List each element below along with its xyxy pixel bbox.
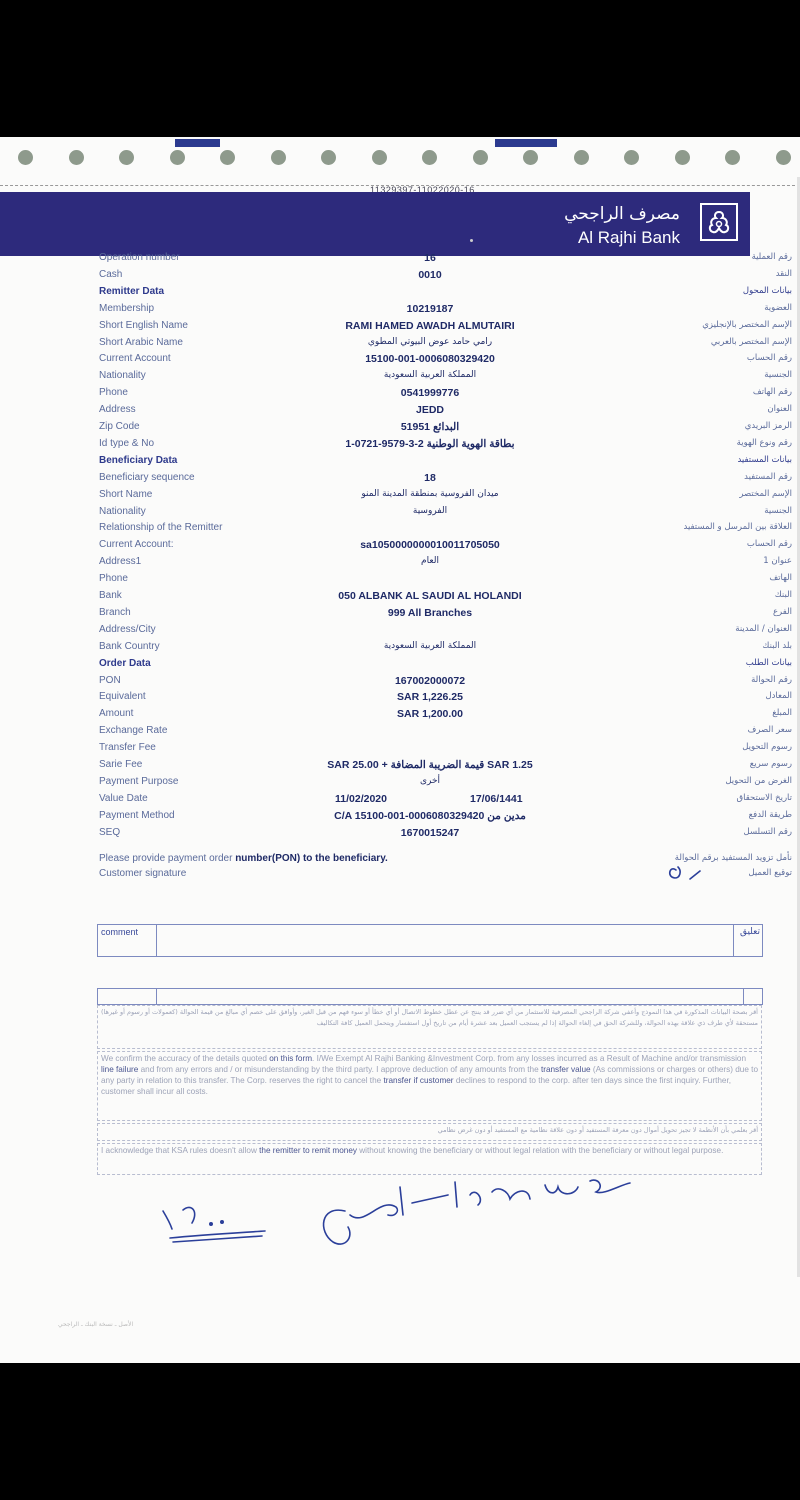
field-label-arabic: العنوان / المدينة <box>735 624 792 634</box>
field-value: 050 ALBANK AL SAUDI AL HOLANDI <box>250 590 610 602</box>
field-label-arabic: عنوان 1 <box>763 556 792 566</box>
form-row: Payment Purposeأخرىالغرض من التحويل <box>0 776 800 793</box>
field-label: Payment Method <box>99 810 175 821</box>
form-row: PON167002000072رقم الحوالة <box>0 675 800 692</box>
field-label-arabic: بيانات الطلب <box>746 658 792 668</box>
field-label: Sarie Fee <box>99 759 142 770</box>
form-row: Beneficiary Dataبيانات المستفيد <box>0 455 800 472</box>
form-row: Address/Cityالعنوان / المدينة <box>0 624 800 641</box>
disclaimer-english-1: We confirm the accuracy of the details q… <box>97 1051 762 1121</box>
field-label: Id type & No <box>99 438 154 449</box>
form-row: Address1العامعنوان 1 <box>0 556 800 573</box>
tractor-feed-holes <box>0 150 800 168</box>
form-row: Cash0010النقد <box>0 269 800 286</box>
form-header-strip <box>495 139 557 147</box>
form-row: Id type & Noبطاقة الهوية الوطنية 2-3-957… <box>0 438 800 455</box>
form-row: Phone0541999776رقم الهاتف <box>0 387 800 404</box>
field-value: 1670015247 <box>250 827 610 839</box>
section-heading: Order Data <box>99 658 151 669</box>
tractor-hole <box>725 150 740 165</box>
field-label: Operation number <box>99 252 180 263</box>
form-header-strip <box>175 139 220 147</box>
field-label: Current Account: <box>99 539 173 550</box>
form-row: Current Account:sa1050000000010011705050… <box>0 539 800 556</box>
tractor-hole <box>69 150 84 165</box>
field-label-arabic: الفرع <box>773 607 792 617</box>
field-value: 999 All Branches <box>250 607 610 619</box>
value-date-gregorian: 11/02/2020 <box>335 793 387 805</box>
field-label-arabic: المعادل <box>765 691 792 701</box>
form-row: Transfer Feeرسوم التحويل <box>0 742 800 759</box>
field-value: 0010 <box>250 269 610 281</box>
form-row: Bank Countryالمملكة العربية السعوديةبلد … <box>0 641 800 658</box>
field-label: Payment Purpose <box>99 776 179 787</box>
form-row: Short Arabic Nameرامي حامد عوض البيوتي ا… <box>0 337 800 354</box>
form-row: Relationship of the Remitterالعلاقة بين … <box>0 522 800 539</box>
field-label: Amount <box>99 708 133 719</box>
field-label: Short Arabic Name <box>99 337 183 348</box>
field-value: SAR 1,226.25 <box>250 691 610 703</box>
form-row: Order Dataبيانات الطلب <box>0 658 800 675</box>
field-label-arabic: الجنسية <box>764 506 792 516</box>
field-label-arabic: رسوم التحويل <box>742 742 792 752</box>
field-label: Short English Name <box>99 320 188 331</box>
tractor-hole <box>776 150 791 165</box>
field-value: sa1050000000010011705050 <box>250 539 610 551</box>
field-label-arabic: الإسم المختصر بالإنجليزي <box>702 320 792 330</box>
field-label: Address1 <box>99 556 141 567</box>
field-label-arabic: العلاقة بين المرسل و المستفيد <box>683 522 792 532</box>
form-row: Exchange Rateسعر الصرف <box>0 725 800 742</box>
al-rajhi-logo-icon <box>700 203 738 241</box>
tractor-hole <box>119 150 134 165</box>
pon-notice: Please provide payment order number(PON)… <box>99 853 388 864</box>
field-value: RAMI HAMED AWADH ALMUTAIRI <box>250 320 610 332</box>
form-row: SEQ1670015247رقم التسلسل <box>0 827 800 844</box>
field-value: المملكة العربية السعودية <box>250 370 610 380</box>
field-label-arabic: رقم المستفيد <box>744 472 792 482</box>
field-label-arabic: رقم الحساب <box>747 539 792 549</box>
field-value: رامي حامد عوض البيوتي المطوي <box>250 337 610 347</box>
form-row: Zip Code51951 البدائعالرمز البريدي <box>0 421 800 438</box>
field-value: C/A 15100-001-0006080329420 مدين من <box>250 810 610 822</box>
tractor-hole <box>271 150 286 165</box>
tractor-hole <box>675 150 690 165</box>
field-label: SEQ <box>99 827 120 838</box>
disclaimer-arabic-1: أقر بصحة البيانات المذكورة في هذا النموذ… <box>97 1005 762 1049</box>
field-label: Phone <box>99 387 128 398</box>
field-label-arabic: بيانات المحول <box>743 286 792 296</box>
form-row: Beneficiary sequence18رقم المستفيد <box>0 472 800 489</box>
banner-mark <box>470 239 473 242</box>
field-label: Exchange Rate <box>99 725 167 736</box>
field-value: 51951 البدائع <box>250 421 610 433</box>
field-label-arabic: الجنسية <box>764 370 792 380</box>
tractor-hole <box>372 150 387 165</box>
field-label-arabic: رقم الهاتف <box>753 387 792 397</box>
field-value: 15100-001-0006080329420 <box>250 353 610 365</box>
field-value: SAR 25.00 + قيمة الضريبة المضافة SAR 1.2… <box>250 759 610 771</box>
field-label: Nationality <box>99 370 146 381</box>
field-value: 0541999776 <box>250 387 610 399</box>
field-value: SAR 1,200.00 <box>250 708 610 720</box>
field-value: 10219187 <box>250 303 610 315</box>
field-value: 18 <box>250 472 610 484</box>
form-row: AmountSAR 1,200.00المبلغ <box>0 708 800 725</box>
form-row: AddressJEDDالعنوان <box>0 404 800 421</box>
form-row: Operation number16رقم العملية <box>0 252 800 269</box>
disclaimer-english-2: I acknowledge that KSA rules doesn't all… <box>97 1143 762 1175</box>
field-label-arabic: رقم الحوالة <box>751 675 792 685</box>
field-label-arabic: الرمز البريدي <box>745 421 792 431</box>
field-label: Address/City <box>99 624 156 635</box>
disclaimer-arabic-2: أقر بعلمي بأن الأنظمة لا تجيز تحويل أموا… <box>97 1123 762 1141</box>
field-label: Bank Country <box>99 641 160 652</box>
field-label: Relationship of the Remitter <box>99 522 222 533</box>
field-label: Beneficiary sequence <box>99 472 195 483</box>
field-label: Zip Code <box>99 421 140 432</box>
tractor-hole <box>321 150 336 165</box>
field-label-arabic: بلد البنك <box>762 641 792 651</box>
customer-signature-label: Customer signature <box>99 868 186 879</box>
field-label: PON <box>99 675 121 686</box>
field-label: Transfer Fee <box>99 742 156 753</box>
bank-name-arabic: مصرف الراجحي <box>564 204 680 224</box>
field-label-arabic: بيانات المستفيد <box>737 455 792 465</box>
field-label-arabic: البنك <box>775 590 792 600</box>
field-label: Membership <box>99 303 154 314</box>
footer-note: الأصل ـ نسخة البنك ـ الراجحي <box>58 1321 133 1328</box>
tractor-hole <box>523 150 538 165</box>
field-label-arabic: العنوان <box>767 404 792 414</box>
tractor-hole <box>624 150 639 165</box>
form-row: Phoneالهاتف <box>0 573 800 590</box>
value-date-hijri: 17/06/1441 <box>470 793 523 805</box>
field-label-arabic: رسوم سريع <box>750 759 792 769</box>
form-row: Branch999 All Branchesالفرع <box>0 607 800 624</box>
remittance-form-paper: 11329397-11022020-16 مصرف الراجحي Al Raj… <box>0 137 800 1363</box>
field-label: Value Date <box>99 793 148 804</box>
form-row: Value Date11/02/202017/06/1441تاريخ الاس… <box>0 793 800 810</box>
field-label-arabic: رقم العملية <box>752 252 792 262</box>
section-heading: Beneficiary Data <box>99 455 177 466</box>
field-label-arabic: سعر الصرف <box>748 725 792 735</box>
tractor-hole <box>473 150 488 165</box>
field-label-arabic: تاريخ الاستحقاق <box>737 793 792 803</box>
tractor-hole <box>574 150 589 165</box>
field-value: أخرى <box>250 776 610 786</box>
field-value: ميدان الفروسية بمنطقة المدينة المنو <box>250 489 610 499</box>
field-value: JEDD <box>250 404 610 416</box>
form-row: Sarie FeeSAR 25.00 + قيمة الضريبة المضاف… <box>0 759 800 776</box>
field-label-arabic: طريقة الدفع <box>749 810 792 820</box>
form-row: Current Account15100-001-0006080329420رق… <box>0 353 800 370</box>
field-label-arabic: الإسم المختصر <box>739 489 792 499</box>
empty-box <box>97 988 763 1005</box>
field-label-arabic: رقم الحساب <box>747 353 792 363</box>
field-label: Current Account <box>99 353 171 364</box>
field-value: المملكة العربية السعودية <box>250 641 610 651</box>
field-label: Cash <box>99 269 122 280</box>
form-row: Bank050 ALBANK AL SAUDI AL HOLANDIالبنك <box>0 590 800 607</box>
field-value: 167002000072 <box>250 675 610 687</box>
form-row: Remitter Dataبيانات المحول <box>0 286 800 303</box>
form-row: Nationalityالفروسيةالجنسية <box>0 506 800 523</box>
form-row: EquivalentSAR 1,226.25المعادل <box>0 691 800 708</box>
form-row: Short Nameميدان الفروسية بمنطقة المدينة … <box>0 489 800 506</box>
field-value: بطاقة الهوية الوطنية 2-3-9579-0721-1 <box>250 438 610 450</box>
tractor-hole <box>170 150 185 165</box>
tractor-hole <box>220 150 235 165</box>
field-label-arabic: الهاتف <box>769 573 792 583</box>
field-label-arabic: النقد <box>776 269 792 279</box>
field-value: العام <box>250 556 610 566</box>
field-label-arabic: رقم ونوع الهوية <box>737 438 792 448</box>
tractor-hole <box>422 150 437 165</box>
field-label: Bank <box>99 590 122 601</box>
field-label-arabic: رقم التسلسل <box>744 827 792 837</box>
field-value: الفروسية <box>250 506 610 516</box>
field-label-arabic: الإسم المختصر بالعربي <box>711 337 792 347</box>
field-label: Equivalent <box>99 691 146 702</box>
form-row: Membership10219187العضوية <box>0 303 800 320</box>
form-row: Short English NameRAMI HAMED AWADH ALMUT… <box>0 320 800 337</box>
pon-notice-arabic: نأمل تزويد المستفيد برقم الحوالة <box>675 853 792 863</box>
comment-label: comment <box>101 927 138 937</box>
field-label: Nationality <box>99 506 146 517</box>
form-row: Nationalityالمملكة العربية السعوديةالجنس… <box>0 370 800 387</box>
field-label-arabic: الغرض من التحويل <box>725 776 792 786</box>
field-label-arabic: المبلغ <box>772 708 792 718</box>
section-heading: Remitter Data <box>99 286 164 297</box>
comment-label-arabic: تعليق <box>740 927 760 937</box>
field-label-arabic: العضوية <box>764 303 792 313</box>
comment-box[interactable]: comment تعليق <box>97 924 763 957</box>
customer-signature-label-arabic: توقيع العميل <box>748 868 792 878</box>
field-label: Phone <box>99 573 128 584</box>
bank-banner: مصرف الراجحي Al Rajhi Bank <box>0 192 750 256</box>
tractor-hole <box>18 150 33 165</box>
field-value: 16 <box>250 252 610 264</box>
bank-name-english: Al Rajhi Bank <box>578 228 680 248</box>
form-row: Payment MethodC/A 15100-001-000608032942… <box>0 810 800 827</box>
field-label: Branch <box>99 607 131 618</box>
field-label: Short Name <box>99 489 152 500</box>
field-label: Address <box>99 404 136 415</box>
